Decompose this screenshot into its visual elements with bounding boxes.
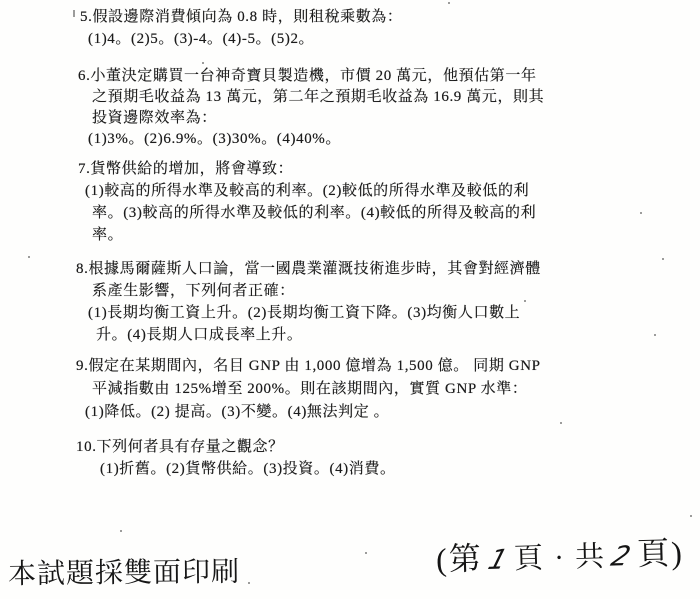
question-6-stem: 6.小董決定購買一台神奇寶貝製造機，市價 20 萬元，他預估第一年 xyxy=(78,66,653,87)
question-7-options: (1)較高的所得水準及較高的利率。(2)較低的所得水準及較低的利 xyxy=(85,180,653,202)
scan-noise-speck xyxy=(248,582,250,584)
scan-noise-speck xyxy=(690,515,692,517)
scan-noise-speck xyxy=(73,10,75,17)
scan-noise-speck xyxy=(654,334,656,336)
duplex-printing-note: 本試題採雙面印刷 xyxy=(8,550,240,592)
question-5-options: (1)4。(2)5。(3)-4。(4)-5。(5)2。 xyxy=(88,28,655,50)
scan-noise-speck xyxy=(97,120,99,122)
question-8-stem: 8.根據馬爾薩斯人口論，當一國農業灌溉技術進步時，其會對經濟體 xyxy=(76,258,651,280)
scan-noise-speck xyxy=(524,300,526,302)
question-8: 8.根據馬爾薩斯人口論，當一國農業灌溉技術進步時，其會對經濟體 系產生影響，下列… xyxy=(76,258,651,346)
question-10-stem: 10.下列何者具有存量之觀念？ xyxy=(76,436,651,458)
page-indicator-middle: 頁 · 共 xyxy=(514,541,607,576)
scan-noise-speck xyxy=(448,2,450,4)
question-9-stem: 9.假定在某期間內，名目 GNP 由 1,000 億增為 1,500 億。 同期… xyxy=(76,355,651,378)
page-indicator: (第1頁 · 共2頁) xyxy=(435,528,684,581)
question-9-stem-cont: 平減指數由 125%增至 200%。則在該期間內，實質 GNP 水準： xyxy=(92,378,651,401)
question-5: 5.假設邊際消費傾向為 0.8 時，則租稅乘數為： (1)4。(2)5。(3)-… xyxy=(80,6,655,50)
question-7-options-cont: 率。 xyxy=(92,224,653,246)
scan-noise-speck xyxy=(365,552,367,554)
question-10-options: (1)折舊。(2)貨幣供給。(3)投資。(4)消費。 xyxy=(100,458,651,480)
page-indicator-close: 頁) xyxy=(637,535,685,572)
total-pages-handwritten: 2 xyxy=(608,541,636,573)
page-indicator-open: (第 xyxy=(436,540,484,577)
question-6: 6.小董決定購買一台神奇寶貝製造機，市價 20 萬元，他預估第一年 之預期毛收益… xyxy=(78,66,653,150)
scan-noise-speck xyxy=(28,256,30,258)
question-8-stem-cont: 系產生影響，下列何者正確： xyxy=(92,280,651,302)
question-8-options-cont: 升。(4)長期人口成長率上升。 xyxy=(96,324,651,346)
scan-noise-speck xyxy=(120,530,122,532)
question-8-options: (1)長期均衡工資上升。(2)長期均衡工資下降。(3)均衡人口數上 xyxy=(88,302,651,324)
scan-noise-speck xyxy=(640,212,642,214)
question-9-options: (1)降低。(2) 提高。(3)不變。(4)無法判定 。 xyxy=(85,401,651,424)
question-5-stem: 5.假設邊際消費傾向為 0.8 時，則租稅乘數為： xyxy=(80,6,655,28)
question-6-stem-cont: 投資邊際效率為： xyxy=(92,108,653,129)
question-6-options: (1)3%。(2)6.9%。(3)30%。(4)40%。 xyxy=(88,129,653,150)
scan-noise-speck xyxy=(662,258,664,260)
question-7: 7.貨幣供給的增加，將會導致： (1)較高的所得水準及較高的利率。(2)較低的所… xyxy=(78,158,653,246)
scan-noise-speck xyxy=(560,422,562,424)
scanned-exam-page: 5.假設邊際消費傾向為 0.8 時，則租稅乘數為： (1)4。(2)5。(3)-… xyxy=(0,0,700,599)
question-6-stem-cont: 之預期毛收益為 13 萬元，第二年之預期毛收益為 16.9 萬元，則其 xyxy=(92,87,653,108)
question-7-options-cont: 率。(3)較高的所得水準及較低的利率。(4)較低的所得及較高的利 xyxy=(92,202,653,224)
question-10: 10.下列何者具有存量之觀念？ (1)折舊。(2)貨幣供給。(3)投資。(4)消… xyxy=(76,436,651,480)
scan-noise-speck xyxy=(202,62,204,64)
page-number-handwritten: 1 xyxy=(484,544,512,576)
question-9: 9.假定在某期間內，名目 GNP 由 1,000 億增為 1,500 億。 同期… xyxy=(76,355,651,424)
question-7-stem: 7.貨幣供給的增加，將會導致： xyxy=(78,158,653,180)
